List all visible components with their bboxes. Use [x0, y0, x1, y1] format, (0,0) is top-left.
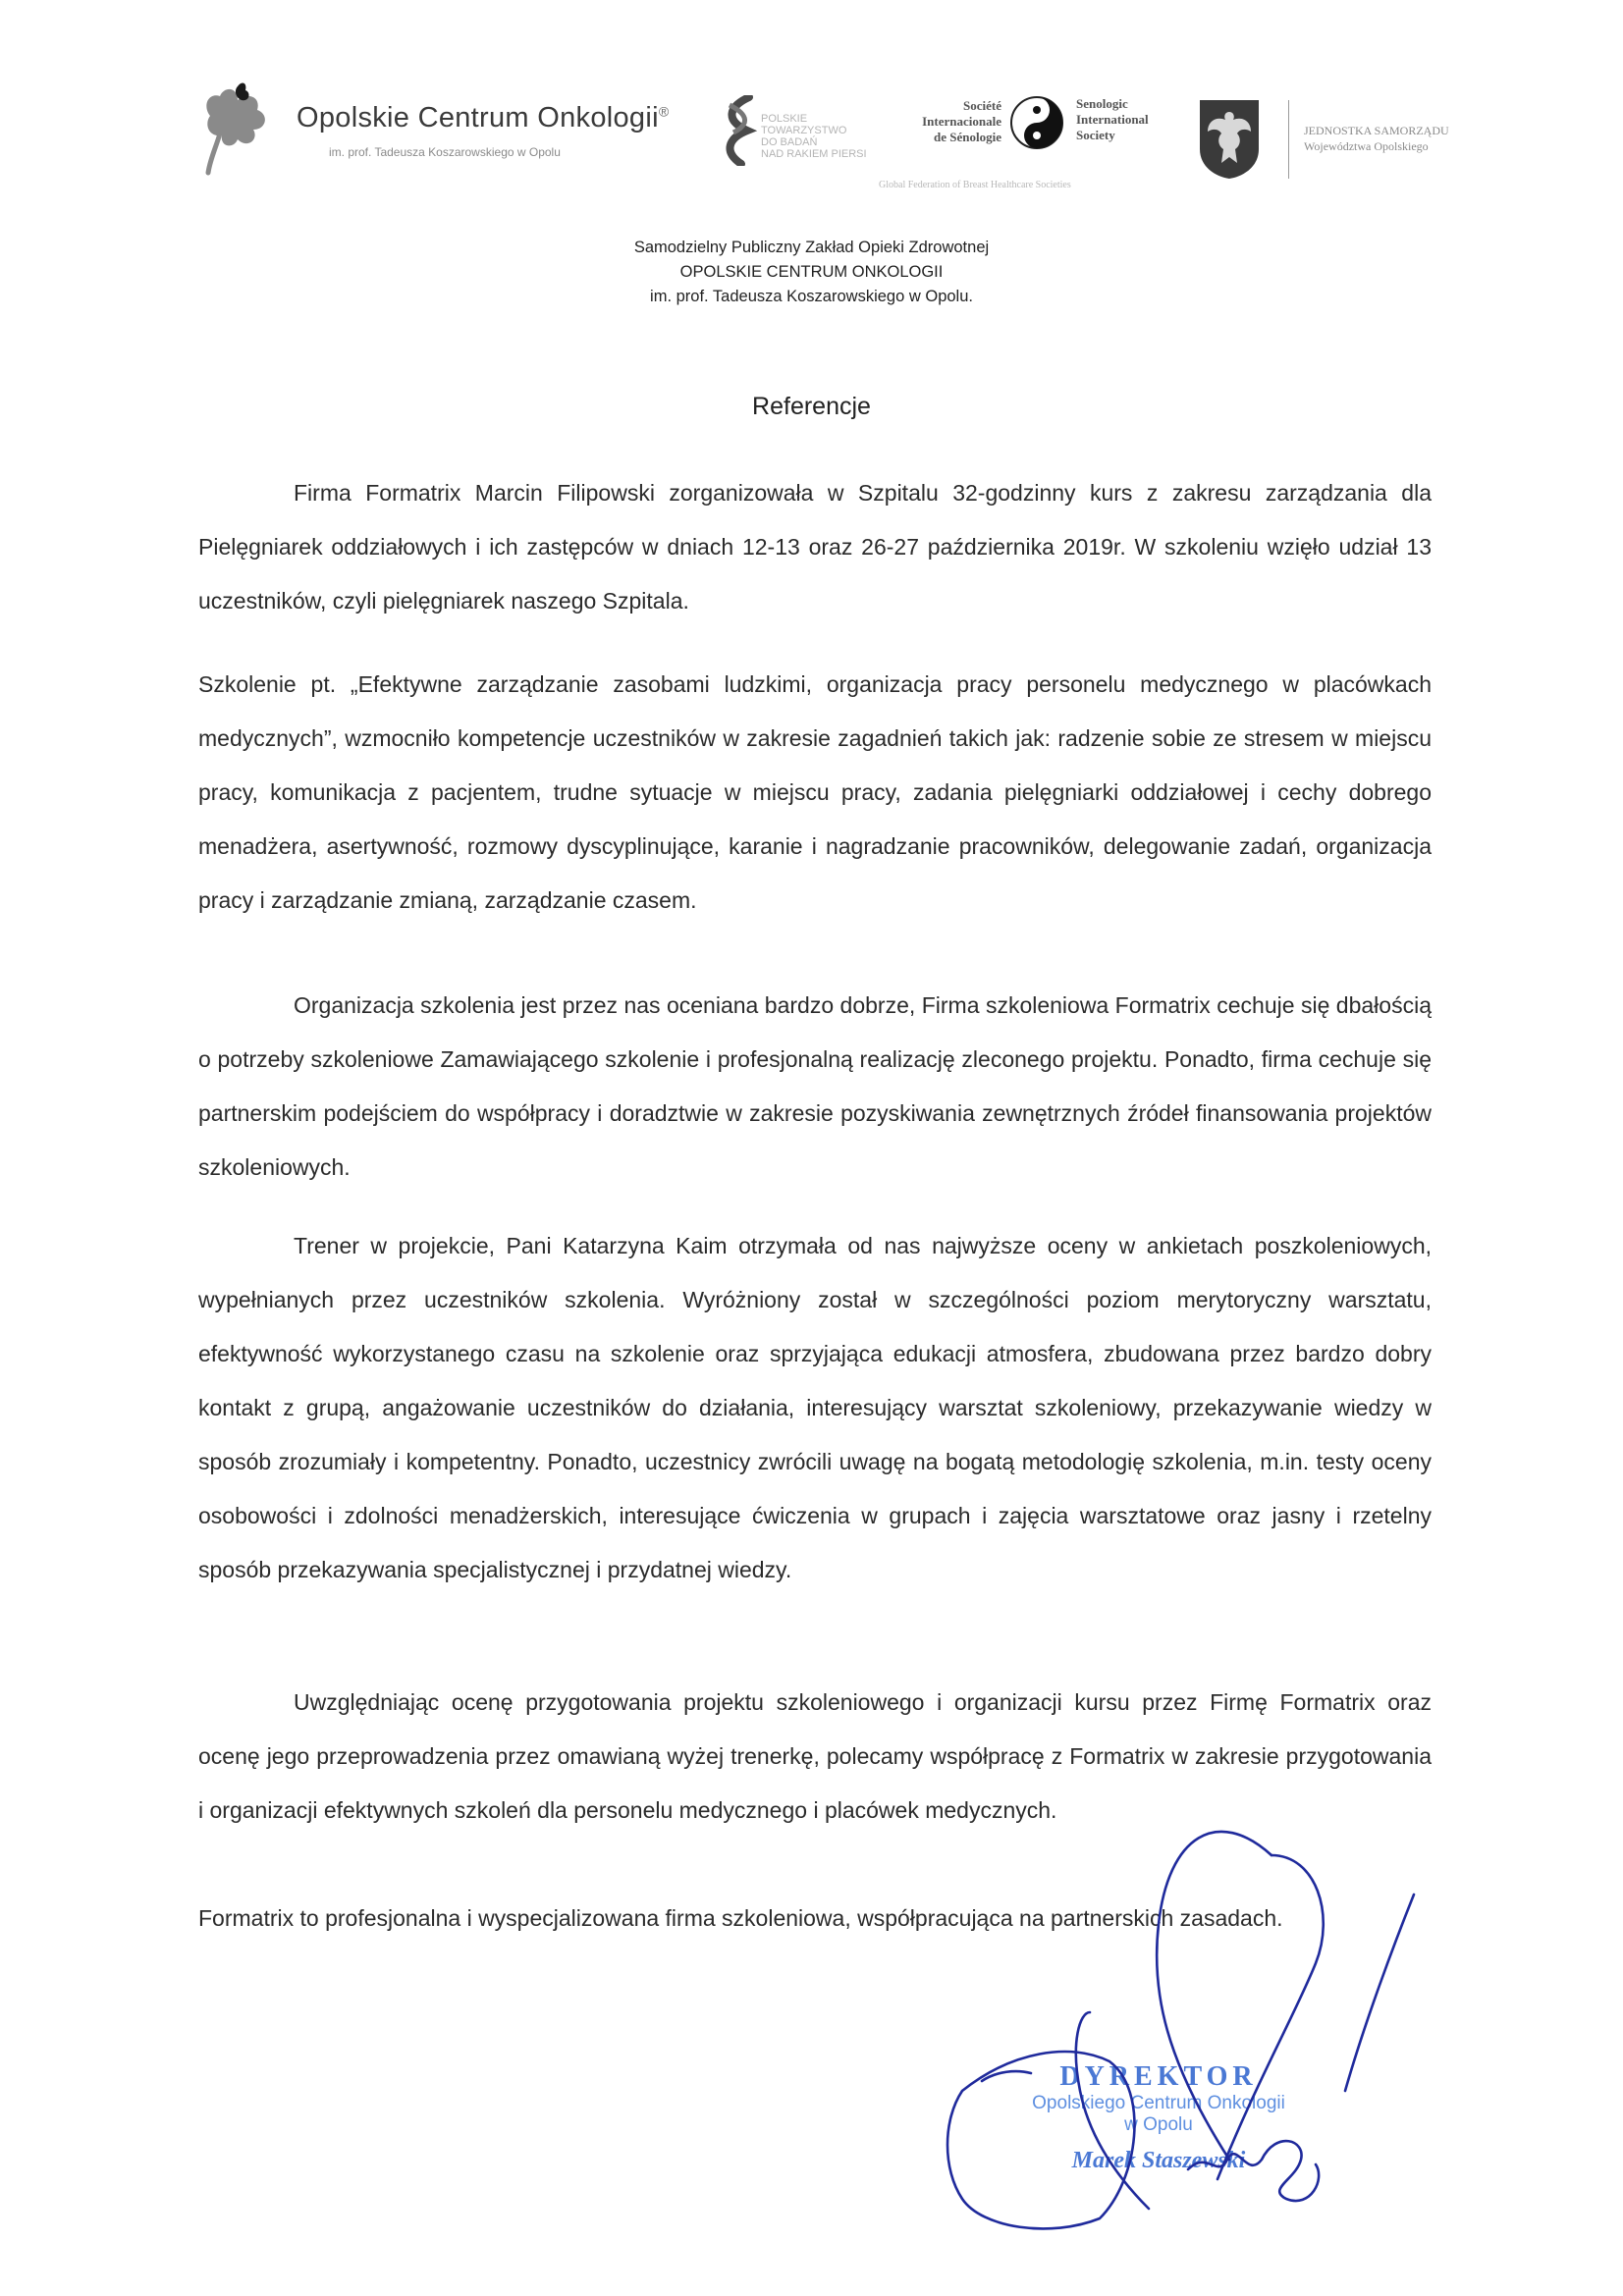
- logo-divider: [1288, 100, 1289, 179]
- yin-yang-icon: [1009, 95, 1064, 150]
- document-title: Referencje: [0, 393, 1623, 421]
- institution-line: im. prof. Tadeusza Koszarowskiego w Opol…: [0, 285, 1623, 309]
- stamp-city: w Opolu: [982, 2114, 1335, 2136]
- paragraph-organization: Organizacja szkolenia jest przez nas oce…: [198, 979, 1432, 1195]
- stamp-institution: Opolskiego Centrum Onkologii: [982, 2093, 1335, 2114]
- director-stamp: DYREKTOR Opolskiego Centrum Onkologii w …: [982, 2061, 1335, 2174]
- paragraph-trainer: Trener w projekcie, Pani Katarzyna Kaim …: [198, 1219, 1432, 1597]
- clover-logo-icon: [196, 79, 275, 177]
- institution-line: Samodzielny Publiczny Zakład Opieki Zdro…: [0, 236, 1623, 260]
- paragraph-closing: Formatrix to profesjonalna i wyspecjaliz…: [198, 1892, 1432, 1946]
- paragraph-recommendation: Uwzględniając ocenę przygotowania projek…: [198, 1676, 1432, 1838]
- ribbon-logo-icon: [720, 95, 759, 166]
- institution-line: OPOLSKIE CENTRUM ONKOLOGII: [0, 260, 1623, 285]
- institution-block: Samodzielny Publiczny Zakład Opieki Zdro…: [0, 236, 1623, 309]
- ptbrp-logo-text: Polskie Towarzystwo do Badań nad Rakiem …: [761, 113, 867, 160]
- occ-logo-subtitle: im. prof. Tadeusza Koszarowskiego w Opol…: [329, 145, 561, 159]
- occ-logo-title: Opolskie Centrum Onkologii®: [297, 102, 669, 134]
- senology-logo-french: Société Internacionale de Sénologie: [864, 98, 1001, 145]
- paragraph-course-info: Firma Formatrix Marcin Filipowski zorgan…: [198, 466, 1432, 628]
- eagle-crest-icon: [1198, 98, 1261, 181]
- senology-logo-english: Senologic International Society: [1076, 96, 1149, 143]
- paragraph-training-topics: Szkolenie pt. „Efektywne zarządzanie zas…: [198, 658, 1432, 928]
- stamp-title: DYREKTOR: [982, 2061, 1335, 2093]
- senology-logo-tagline: Global Federation of Breast Healthcare S…: [879, 180, 1071, 190]
- jst-logo-text: JEDNOSTKA SAMORZĄDU Województwa Opolskie…: [1304, 123, 1449, 154]
- stamp-name: Marek Staszewski: [982, 2148, 1335, 2174]
